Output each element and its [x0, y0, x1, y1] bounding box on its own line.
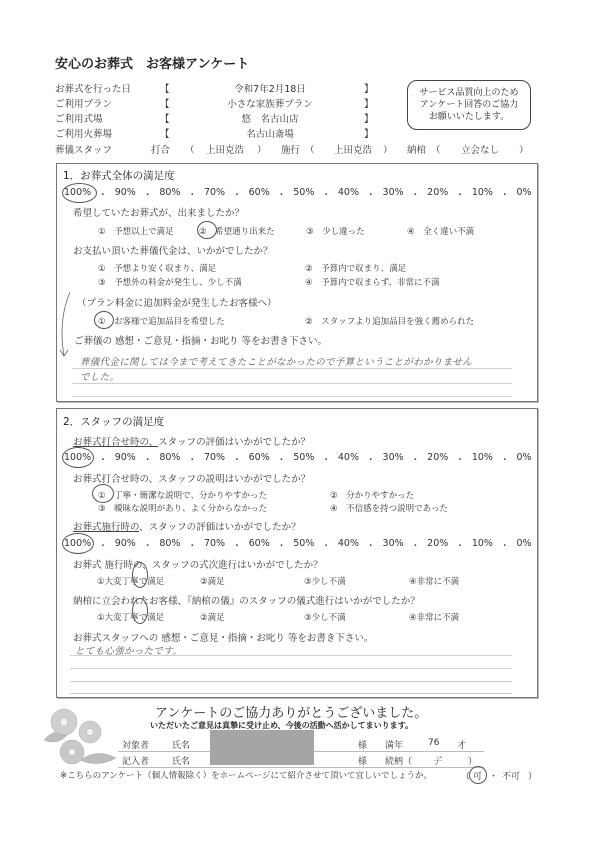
- percent-option[interactable]: 10%: [472, 187, 493, 201]
- comment-line: [70, 693, 512, 694]
- section1-q2-option-3[interactable]: ③ 予想外の料金が発生し、少し不満: [98, 276, 242, 288]
- percent-option[interactable]: 30%: [383, 538, 404, 552]
- comment-line: [70, 655, 512, 656]
- percent-option[interactable]: 60%: [249, 538, 270, 552]
- percent-separator: ・: [314, 538, 338, 552]
- selection-circle: [62, 183, 97, 203]
- section1-q3-text: （プラン料金に追加料金が発生したお客様へ）: [77, 295, 277, 309]
- section2-q4-text: お葬式 施行時の、スタッフの式次進行はいかがでしたか？: [73, 557, 323, 571]
- thanks-message: アンケートのご協力ありがとうございました。: [155, 702, 427, 721]
- percent-separator: ・: [359, 538, 383, 552]
- percent-option[interactable]: 80%: [159, 538, 180, 552]
- publish-close: ）: [528, 769, 537, 782]
- percent-option[interactable]: 40%: [338, 187, 359, 201]
- percent-option[interactable]: 90%: [115, 538, 136, 552]
- comment-line: [72, 396, 512, 397]
- percent-separator: ・: [448, 187, 472, 201]
- underlined-text: お葬式打合せ時の、: [73, 437, 158, 448]
- percent-option[interactable]: 10%: [472, 538, 493, 552]
- question-text: スタッフの評価はいかがでしたか？: [158, 437, 310, 448]
- percent-separator: ・: [225, 538, 249, 552]
- section1-q1-option-4[interactable]: ④ 全く違い不満: [407, 225, 474, 237]
- relation-value[interactable]: 子: [432, 753, 442, 767]
- section2-q1-percent-scale: 100%・90%・80%・70%・60%・50%・40%・30%・20%・10%…: [64, 452, 532, 466]
- field-label-plan: ご利用プラン: [55, 96, 112, 110]
- field-label-date: お葬式を行った日: [55, 81, 131, 95]
- staff-seko-label: 施行: [281, 142, 300, 156]
- selection-circle: [94, 311, 114, 329]
- section2-q4-option-2[interactable]: ②満足: [200, 575, 225, 587]
- section2-q3-text: お葬式施行時の、スタッフの評価はいかがでしたか？: [73, 519, 301, 533]
- field-value-crematorium: 名古山斎場: [180, 126, 360, 140]
- selection-circle: [62, 533, 94, 554]
- percent-separator: ・: [270, 538, 294, 552]
- bracket-open: 【: [160, 111, 170, 125]
- percent-option[interactable]: 80%: [159, 187, 180, 201]
- bracket-open: 【: [160, 81, 170, 95]
- writer-name-label: 氏名: [172, 754, 190, 767]
- redacted-names: [210, 730, 314, 765]
- percent-separator: ・: [404, 538, 428, 552]
- selection-circle: [62, 447, 94, 468]
- percent-separator: ・: [270, 452, 294, 466]
- percent-option[interactable]: 60%: [249, 187, 270, 201]
- flower-decoration-icon: [40, 700, 120, 770]
- field-value-plan: 小さな家族葬プラン: [180, 96, 360, 110]
- age-value[interactable]: 76: [428, 738, 439, 748]
- bracket-open: 【: [160, 96, 170, 110]
- notice-box: サービス品質向上のため アンケート回答のご協力 お願いいたします。: [407, 80, 531, 130]
- paren-close: ）: [257, 142, 267, 156]
- percent-option[interactable]: 10%: [472, 452, 493, 466]
- percent-option[interactable]: 50%: [293, 187, 314, 201]
- percent-option[interactable]: 90%: [115, 452, 136, 466]
- percent-separator: ・: [180, 452, 204, 466]
- age-label: 満年: [385, 738, 403, 751]
- percent-separator: ・: [314, 187, 338, 201]
- section2-q5-option-4[interactable]: ④非常に不満: [409, 611, 459, 623]
- percent-separator: ・: [91, 452, 115, 466]
- section2-comment-prompt: お葬式スタッフへの 感想・ご意見・指摘・お叱り 等をお書き下さい。: [73, 630, 373, 644]
- field-value-date: 令和7年2月18日: [180, 81, 360, 95]
- percent-separator: ・: [359, 452, 383, 466]
- section1-title: 1．お葬式全体の満足度: [63, 168, 175, 183]
- percent-option[interactable]: 60%: [249, 452, 270, 466]
- percent-separator: ・: [270, 187, 294, 201]
- bracket-close: 】: [364, 111, 374, 125]
- percent-separator: ・: [136, 452, 160, 466]
- section1-q3-option-2[interactable]: ② スタッフより追加品目を強く薦められた: [305, 315, 474, 327]
- section2-title: 2．スタッフの満足度: [63, 414, 164, 429]
- publish-question: ※こちらのアンケート（個人情報除く）をホームページにて紹介させて頂いて宜しいでし…: [60, 769, 432, 781]
- section1-q2-option-2[interactable]: ② 予算内で収まり、満足: [305, 262, 406, 274]
- percent-option[interactable]: 50%: [293, 452, 314, 466]
- survey-title: 安心のお葬式 お客様アンケート: [55, 53, 249, 72]
- section2-q2-option-3[interactable]: ③ 曖昧な説明があり、よく分からなかった: [98, 502, 267, 514]
- section2-q5-option-2[interactable]: ②満足: [200, 611, 225, 623]
- section2-q4-option-3[interactable]: ③少し不満: [304, 575, 346, 587]
- percent-option[interactable]: 20%: [427, 538, 448, 552]
- section2-q5-option-1[interactable]: ①大変丁寧で満足: [97, 611, 164, 623]
- section1-percent-scale: 100%・90%・80%・70%・60%・50%・40%・30%・20%・10%…: [64, 187, 532, 201]
- staff-uchiawase-label: 打合: [151, 142, 170, 156]
- age-unit: 才: [457, 738, 466, 751]
- percent-option[interactable]: 40%: [338, 538, 359, 552]
- selection-circle: [132, 562, 148, 588]
- section2-q3-percent-scale: 100%・90%・80%・70%・60%・50%・40%・30%・20%・10%…: [64, 538, 532, 552]
- selection-circle: [197, 221, 217, 239]
- notice-line: お願いいたします。: [429, 111, 509, 123]
- section1-q2-option-4[interactable]: ④ 予算内で収まらず、非常に不満: [305, 276, 439, 288]
- selection-circle: [132, 598, 148, 624]
- section1-q1-option-1[interactable]: ① 予想以上で満足: [98, 225, 174, 237]
- percent-separator: ・: [404, 452, 428, 466]
- bracket-close: 】: [364, 96, 374, 110]
- section2-q1-text: お葬式打合せ時の、スタッフの評価はいかがでしたか？: [73, 434, 310, 448]
- percent-separator: ・: [225, 187, 249, 201]
- relation-label: 続柄（: [385, 754, 412, 767]
- comment-line: [70, 681, 512, 682]
- paren-close: ）: [383, 142, 393, 156]
- percent-separator: ・: [493, 452, 517, 466]
- section1-q1-text: 希望していたお葬式が、出来ましたか？: [73, 205, 244, 219]
- bracket-open: 【: [160, 126, 170, 140]
- publish-no-option[interactable]: 不可: [502, 769, 520, 782]
- underlined-text: お葬式施行時の: [73, 522, 139, 533]
- paren-open: （: [305, 142, 315, 156]
- staff-nokan-value: 立会なし: [461, 142, 499, 156]
- field-label-crematorium: ご利用火葬場: [55, 126, 112, 140]
- notice-line: アンケート回答のご協力: [420, 99, 518, 111]
- percent-option[interactable]: 40%: [338, 452, 359, 466]
- writer-label: 記入者: [122, 754, 149, 767]
- percent-option[interactable]: 0%: [516, 187, 531, 201]
- percent-separator: ・: [180, 187, 204, 201]
- percent-option[interactable]: 0%: [516, 452, 531, 466]
- percent-separator: ・: [91, 538, 115, 552]
- field-label-venue: ご利用式場: [55, 111, 103, 125]
- relation-close: ）: [468, 754, 477, 767]
- subject-name-label: 氏名: [172, 738, 190, 751]
- section2-q4-option-4[interactable]: ④非常に不満: [409, 575, 459, 587]
- percent-separator: ・: [404, 187, 428, 201]
- staff-label: 葬儀スタッフ: [55, 142, 112, 156]
- percent-option[interactable]: 20%: [427, 452, 448, 466]
- section1-comment-line-1[interactable]: 葬儀代金に関しては今まで考えてきたことがなかったので予算ということがわかりません: [80, 354, 472, 368]
- section2-q5-option-3[interactable]: ③少し不満: [304, 611, 346, 623]
- comment-line: [70, 668, 512, 669]
- percent-option[interactable]: 20%: [427, 187, 448, 201]
- row-underline: [118, 767, 484, 768]
- paren-open: （: [185, 142, 195, 156]
- section2-q5-text: 納棺に立会われたお客様、『納棺の儀』のスタッフの儀式進行はいかがでしたか？: [73, 593, 420, 607]
- percent-separator: ・: [359, 187, 383, 201]
- percent-separator: ・: [493, 187, 517, 201]
- comment-line: [72, 383, 512, 384]
- section2-q2-option-4[interactable]: ④ 不信感を持つ説明であった: [330, 502, 448, 514]
- selection-circle: [92, 484, 114, 503]
- bracket-close: 】: [364, 81, 374, 95]
- percent-separator: ・: [180, 538, 204, 552]
- section2-q2-text: お葬式打合せ時の、スタッフの説明はいかがでしたか？: [73, 471, 310, 485]
- section1-q3-option-1[interactable]: ① お客様で追加品目を希望した: [98, 315, 225, 327]
- percent-option[interactable]: 30%: [383, 187, 404, 201]
- handwritten-arrow-icon: [56, 290, 76, 360]
- percent-option[interactable]: 70%: [204, 452, 225, 466]
- comment-line: [72, 368, 512, 369]
- subject-sama: 様: [358, 738, 367, 751]
- section1-comment-line-2[interactable]: でした。: [80, 369, 119, 383]
- percent-option[interactable]: 70%: [204, 538, 225, 552]
- section2-q4-option-1[interactable]: ①大変丁寧で満足: [97, 575, 164, 587]
- percent-separator: ・: [136, 187, 160, 201]
- staff-uchiawase-value: 上田克浩: [206, 142, 244, 156]
- section2-q2-option-1[interactable]: ① 丁寧・簡潔な説明で、分かりやすかった: [98, 489, 267, 501]
- selection-circle: [469, 766, 487, 784]
- percent-separator: ・: [493, 538, 517, 552]
- publish-sep: ・: [489, 769, 498, 782]
- section1-q1-option-3[interactable]: ③ 少し違った: [306, 225, 365, 237]
- paren-close: ）: [519, 142, 529, 156]
- percent-option[interactable]: 0%: [516, 538, 531, 552]
- percent-option[interactable]: 90%: [115, 187, 136, 201]
- percent-option[interactable]: 80%: [159, 452, 180, 466]
- question-text: 、スタッフの評価はいかがでしたか？: [139, 522, 301, 533]
- section1-q2-text: お支払い頂いた葬儀代金は、いかがでしたか？: [73, 243, 273, 257]
- paren-open: （: [431, 142, 441, 156]
- notice-line: サービス品質向上のため: [419, 87, 518, 99]
- section2-q2-option-2[interactable]: ② 分かりやすかった: [330, 489, 414, 501]
- percent-separator: ・: [448, 538, 472, 552]
- percent-separator: ・: [314, 452, 338, 466]
- percent-option[interactable]: 30%: [383, 452, 404, 466]
- staff-seko-value: 上田克浩: [334, 142, 372, 156]
- writer-sama: 様: [358, 754, 367, 767]
- section1-q2-option-1[interactable]: ① 予想より安く収まり、満足: [98, 262, 216, 274]
- percent-separator: ・: [136, 538, 160, 552]
- percent-option[interactable]: 50%: [293, 538, 314, 552]
- percent-separator: ・: [448, 452, 472, 466]
- field-value-venue: 悠 名古山店: [180, 111, 360, 125]
- bracket-close: 】: [364, 126, 374, 140]
- percent-option[interactable]: 70%: [204, 187, 225, 201]
- section1-comment-prompt: ご葬儀の 感想・ご意見・指摘・お叱り 等をお書き下さい。: [74, 333, 327, 347]
- subject-label: 対象者: [122, 738, 149, 751]
- percent-separator: ・: [225, 452, 249, 466]
- staff-nokan-label: 納棺: [407, 142, 426, 156]
